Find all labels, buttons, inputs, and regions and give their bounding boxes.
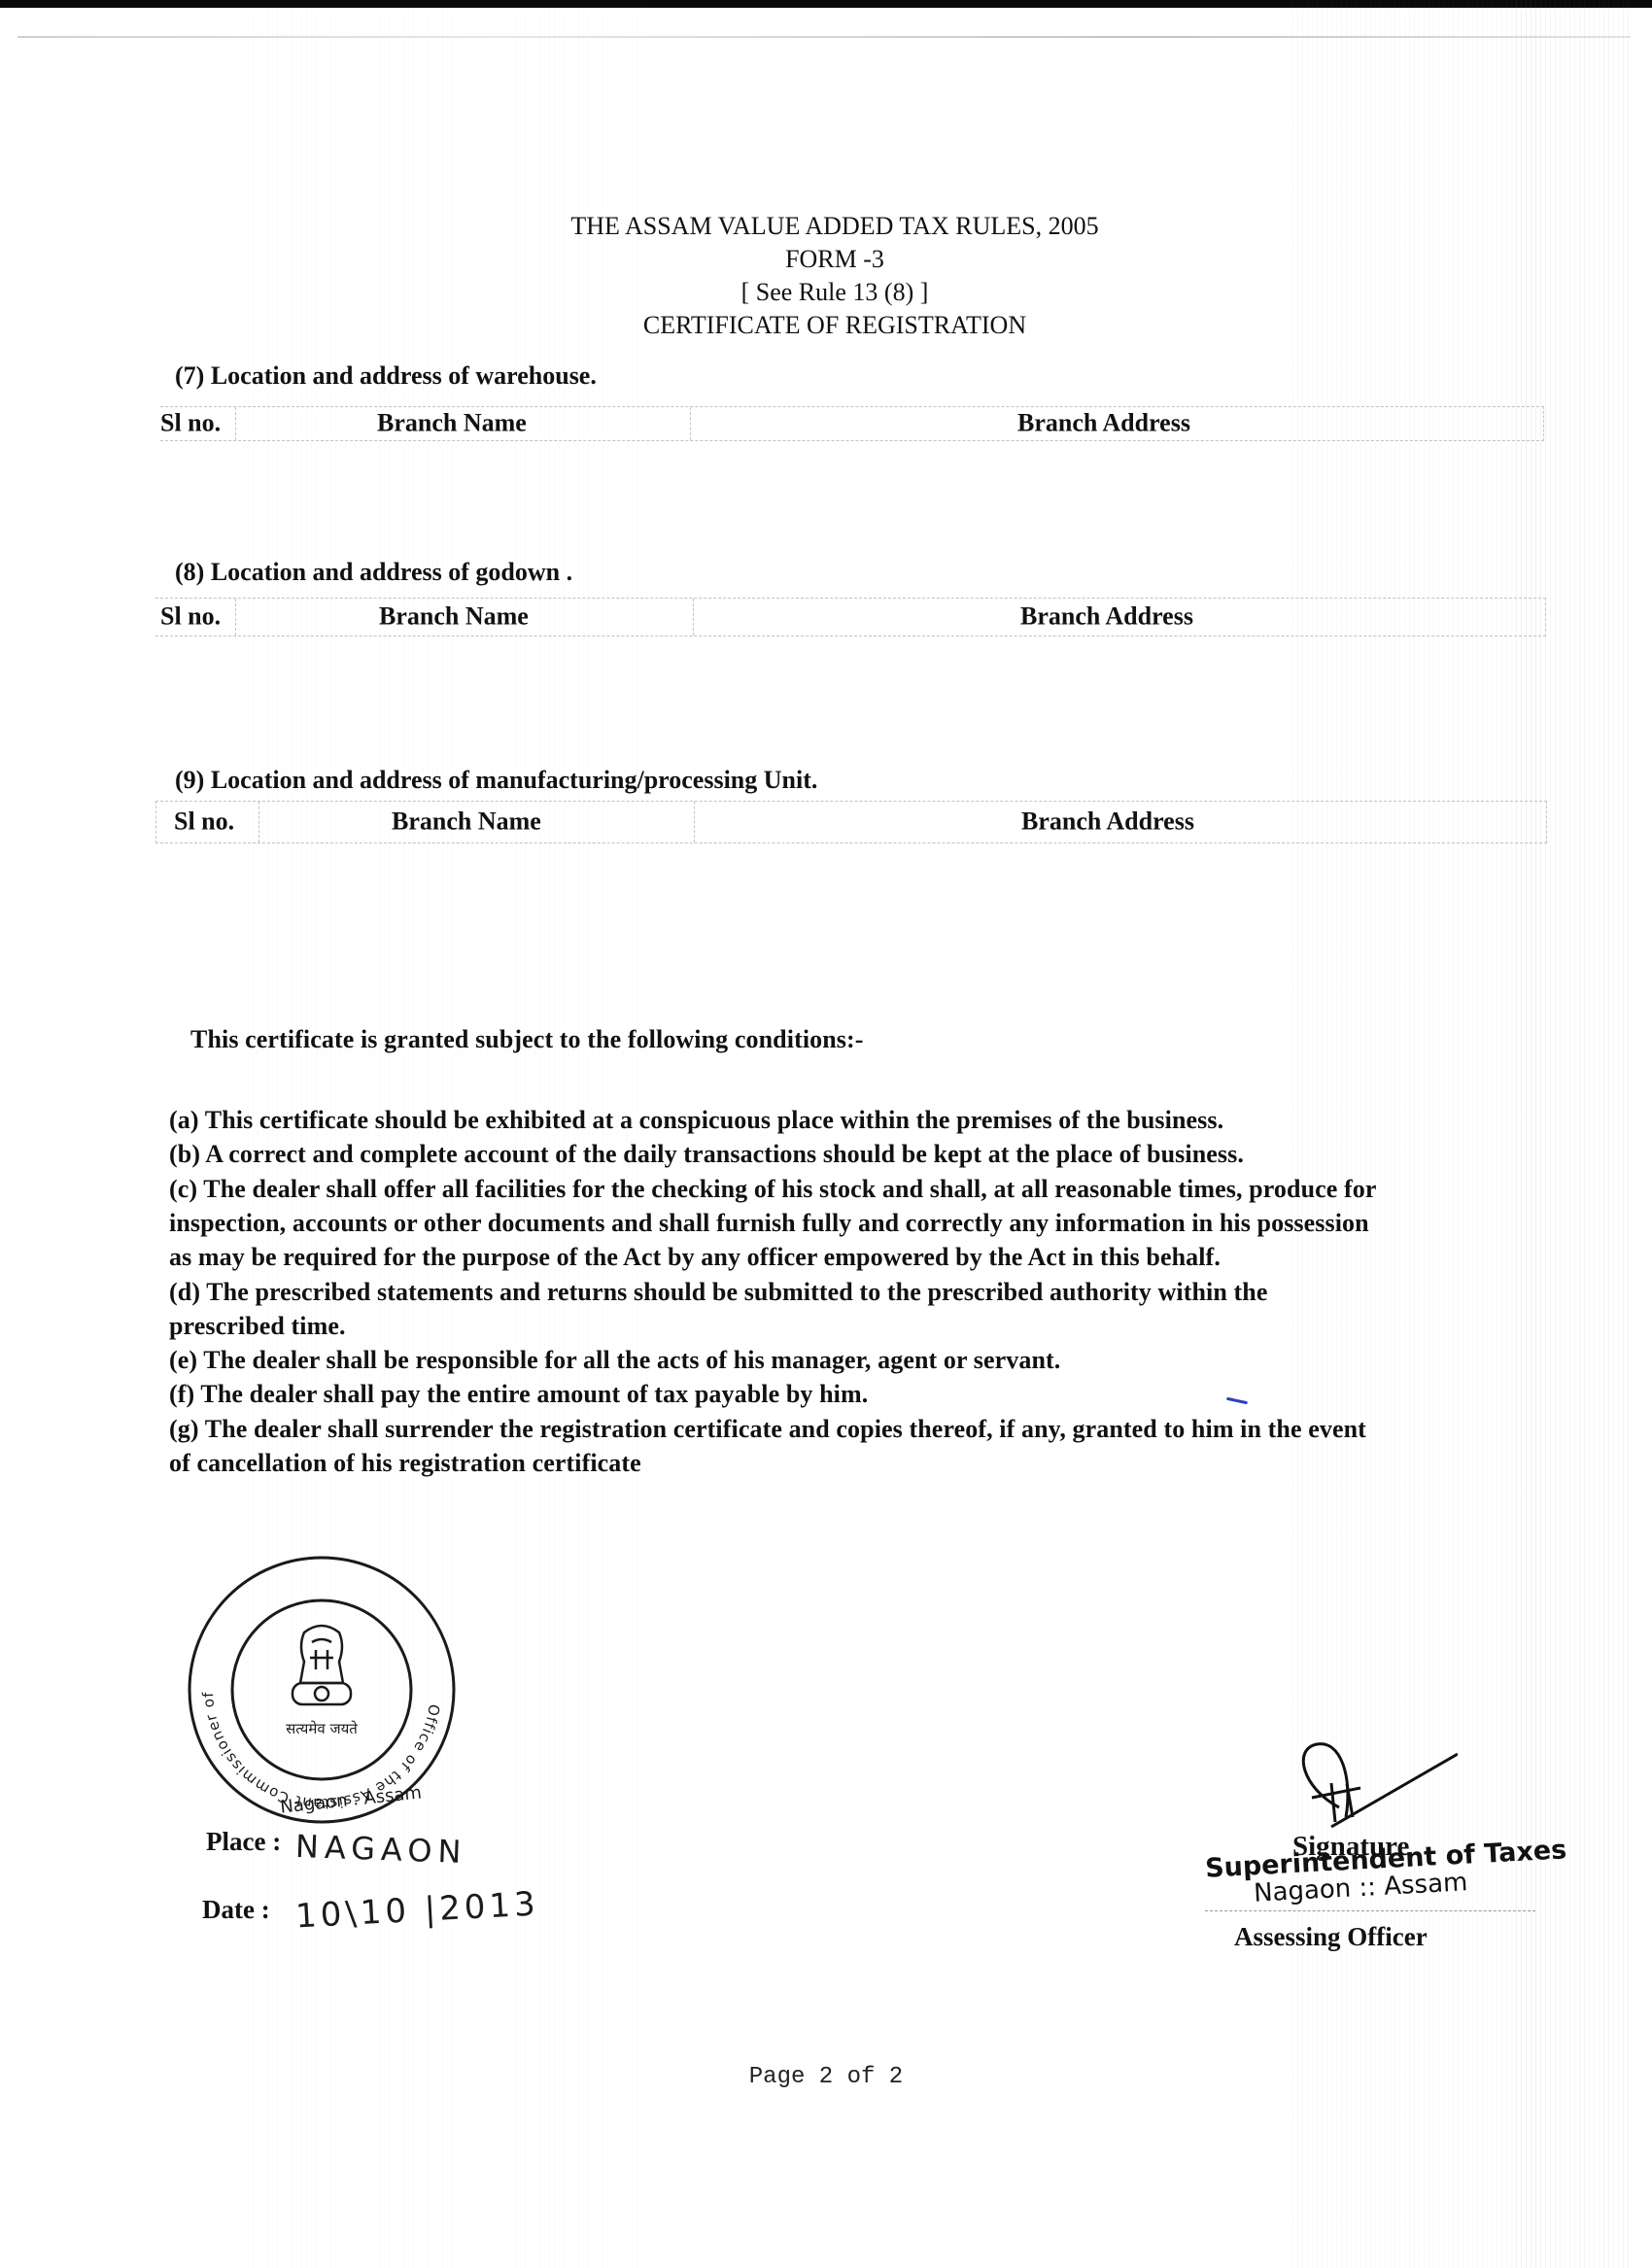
branch-table: Sl no. Branch Name Branch Address <box>155 801 1547 843</box>
column-header-sl-no: Sl no. <box>160 601 221 631</box>
condition-line: (a) This certificate should be exhibited… <box>169 1103 1223 1138</box>
condition-line: (d) The prescribed statements and return… <box>169 1275 1267 1310</box>
condition-line: (g) The dealer shall surrender the regis… <box>169 1412 1366 1447</box>
condition-line: prescribed time. <box>169 1309 346 1344</box>
condition-line: (c) The dealer shall offer all facilitie… <box>169 1172 1377 1207</box>
section-heading: (9) Location and address of manufacturin… <box>175 766 817 795</box>
column-header-branch-address: Branch Address <box>1017 408 1190 437</box>
branch-table: Sl no. Branch Name Branch Address <box>155 598 1546 636</box>
page-indicator: Page 2 of 2 <box>0 2064 1652 2090</box>
section-heading: (7) Location and address of warehouse. <box>175 361 597 391</box>
pen-mark <box>1226 1397 1248 1405</box>
emblem-motto: सत्यमेव जयते <box>286 1720 358 1737</box>
condition-line: inspection, accounts or other documents … <box>169 1206 1369 1241</box>
section-heading: (8) Location and address of godown . <box>175 558 572 587</box>
office-seal: Office of the Assistant Commissioner of … <box>185 1553 459 1827</box>
column-header-branch-name: Branch Name <box>392 807 541 836</box>
column-header-branch-address: Branch Address <box>1020 601 1193 631</box>
scan-top-edge <box>0 0 1652 8</box>
form-number: FORM -3 <box>0 243 1652 276</box>
column-header-branch-address: Branch Address <box>1021 807 1194 836</box>
signature-scribble-icon <box>1263 1730 1458 1837</box>
column-header-branch-name: Branch Name <box>379 601 529 631</box>
place-label: Place : <box>206 1827 281 1857</box>
scan-line <box>17 36 1631 38</box>
signature-line <box>1205 1910 1535 1911</box>
condition-line: (b) A correct and complete account of th… <box>169 1137 1244 1172</box>
state-emblem-icon <box>293 1626 351 1704</box>
condition-line: (f) The dealer shall pay the entire amou… <box>169 1377 868 1412</box>
rule-reference: [ See Rule 13 (8) ] <box>0 276 1652 309</box>
certificate-title: CERTIFICATE OF REGISTRATION <box>0 309 1652 342</box>
conditions-intro: This certificate is granted subject to t… <box>190 1022 864 1057</box>
signature-block: Signature Superintendent of Taxes Nagaon… <box>1205 1730 1535 1963</box>
date-value: 10\10 |2013 <box>294 1884 540 1936</box>
condition-line: of cancellation of his registration cert… <box>169 1446 641 1481</box>
condition-line: (e) The dealer shall be responsible for … <box>169 1343 1060 1378</box>
column-header-branch-name: Branch Name <box>377 408 527 437</box>
column-header-sl-no: Sl no. <box>174 807 234 836</box>
place-value: NAGAON <box>294 1828 467 1871</box>
branch-table: Sl no. Branch Name Branch Address <box>160 406 1544 441</box>
act-title: THE ASSAM VALUE ADDED TAX RULES, 2005 <box>0 210 1652 243</box>
assessing-officer-label: Assessing Officer <box>1234 1922 1428 1952</box>
condition-line: as may be required for the purpose of th… <box>169 1240 1221 1275</box>
column-header-sl-no: Sl no. <box>160 408 221 437</box>
date-label: Date : <box>202 1895 270 1925</box>
